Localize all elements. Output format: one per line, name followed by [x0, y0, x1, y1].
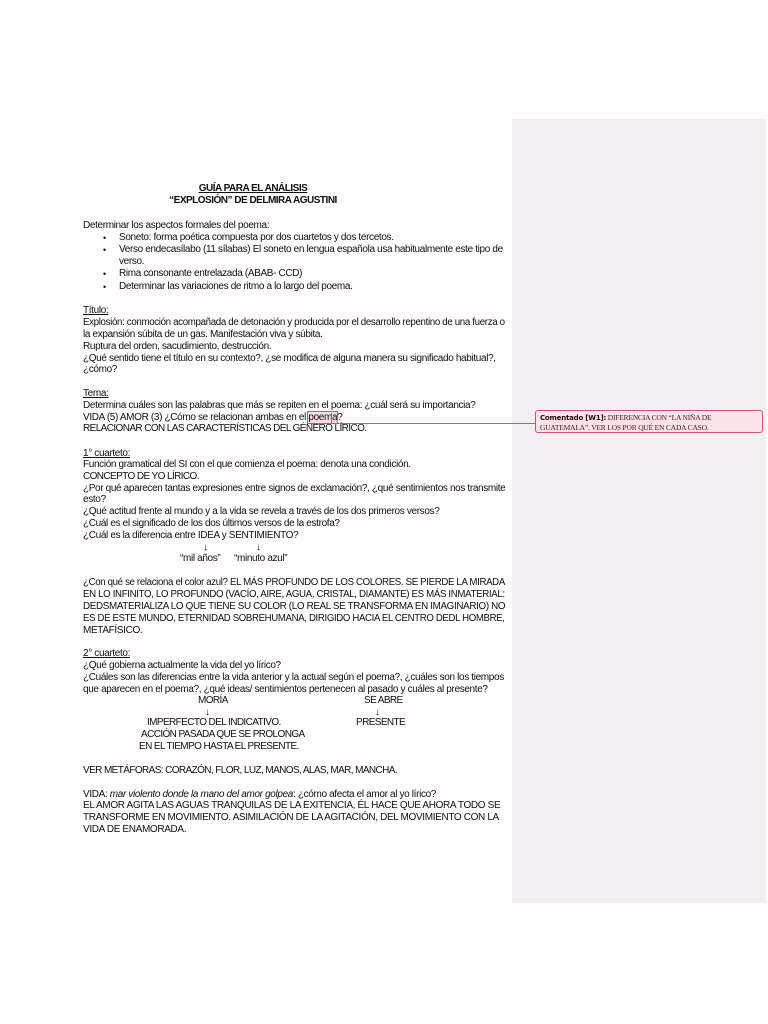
- titulo-line: la expansión súbita de un gas. Manifesta…: [83, 329, 323, 341]
- cuarteto2-heading: 2° cuarteto:: [83, 648, 130, 660]
- moria-explanation: IMPERFECTO DEL INDICATIVO.: [147, 717, 281, 729]
- azul-line: EN LO INFINITO, LO PROFUNDO (VACÍO, AIRE…: [83, 589, 505, 601]
- cuarteto1-line: Función gramatical del SI con el que com…: [83, 459, 411, 471]
- vida-line: EL AMOR AGITA LAS AGUAS TRANQUILAS DE LA…: [83, 800, 500, 812]
- down-arrow-icon: ↓: [203, 543, 208, 553]
- comment-author-label: Comentado [W1]:: [540, 414, 606, 422]
- cuarteto2-line: ¿Cuáles son las diferencias entre la vid…: [83, 672, 504, 684]
- cuarteto1-line: ¿Por qué aparecen tantas expresiones ent…: [83, 483, 505, 495]
- bullet-icon: •: [103, 232, 106, 244]
- bullet-item-continuation: verso.: [119, 256, 144, 268]
- titulo-line: Explosión: conmoción acompañada de deton…: [83, 317, 505, 329]
- bullet-icon: •: [103, 244, 106, 256]
- titulo-line: Ruptura del orden, sacudimiento, destruc…: [83, 341, 271, 353]
- azul-line: METAFÍSICO.: [83, 625, 142, 637]
- intro-text: Determinar los aspectos formales del poe…: [83, 220, 269, 232]
- comment-balloon[interactable]: Comentado [W1]: DIFERENCIA CON “LA NIÑA …: [535, 410, 763, 433]
- titulo-heading: Título:: [83, 305, 108, 317]
- cuarteto1-line: esto?: [83, 494, 106, 506]
- bullet-item: Soneto: forma poética compuesta por dos …: [119, 232, 394, 244]
- se-abre-word: SE ABRE: [364, 695, 403, 707]
- cuarteto1-line: ¿Cuál es el significado de los dos últim…: [83, 518, 340, 530]
- metaforas-line: VER METÁFORAS: CORAZÓN, FLOR, LUZ, MANOS…: [83, 765, 397, 777]
- bullet-icon: •: [103, 268, 106, 280]
- cuarteto1-line: ¿Cuál es la diferencia entre IDEA y SENT…: [83, 530, 298, 542]
- azul-line: ES DE ESTE MUNDO, ETERNIDAD SOBREHUMANA,…: [83, 613, 505, 625]
- comment-connector-line: [332, 423, 535, 424]
- titulo-line: ¿cómo?: [83, 364, 117, 376]
- tema-line: RELACIONAR CON LAS CARACTERÍSTICAS DEL G…: [83, 423, 366, 435]
- commented-text-highlight[interactable]: poema: [308, 412, 337, 423]
- tema-line: Determina cuáles son las palabras que má…: [83, 400, 475, 412]
- bullet-item: Verso endecasílabo (11 sílabas) El sonet…: [119, 244, 503, 256]
- moria-explanation: ACCIÓN PASADA QUE SE PROLONGA: [141, 729, 305, 741]
- bullet-item: Determinar las variaciones de ritmo a lo…: [119, 281, 353, 293]
- tema-heading: Tema:: [83, 388, 108, 400]
- titulo-line: ¿Qué sentido tiene el título en su conte…: [83, 353, 496, 365]
- vida-line: VIDA DE ENAMORADA.: [83, 824, 186, 836]
- sentimiento-example: “minuto azul”: [234, 553, 287, 565]
- idea-example: “mil años”: [180, 553, 220, 565]
- moria-explanation: EN EL TIEMPO HASTA EL PRESENTE.: [139, 741, 299, 753]
- moria-word: MORÍA: [198, 695, 228, 707]
- cuarteto1-line: ¿Qué actitud frente al mundo y a la vida…: [83, 506, 439, 518]
- azul-line: ¿Con qué se relaciona el color azul? EL …: [83, 577, 505, 589]
- azul-line: DEDSMATERIALIZA LO QUE TIENE SU COLOR (L…: [83, 601, 505, 613]
- document-title: GUÍA PARA EL ANÁLISIS: [83, 183, 423, 195]
- cuarteto2-line: que aparecen en el poema?, ¿qué ideas/ s…: [83, 684, 488, 696]
- bullet-item: Rima consonante entrelazada (ABAB- CCD): [119, 268, 302, 280]
- vida-line: TRANSFORME EN MOVIMIENTO. ASIMILACIÓN DE…: [83, 812, 499, 824]
- cuarteto2-line: ¿Qué gobierna actualmente la vida del yo…: [83, 660, 281, 672]
- cuarteto1-line: CONCEPTO DE YO LÍRICO.: [83, 471, 199, 483]
- document-subtitle: “EXPLOSIÓN” DE DELMIRA AGUSTINI: [83, 195, 423, 207]
- comments-margin-pane: [512, 119, 766, 903]
- down-arrow-icon: ↓: [256, 543, 261, 553]
- bullet-icon: •: [103, 281, 106, 293]
- se-abre-explanation: PRESENTE: [356, 717, 405, 729]
